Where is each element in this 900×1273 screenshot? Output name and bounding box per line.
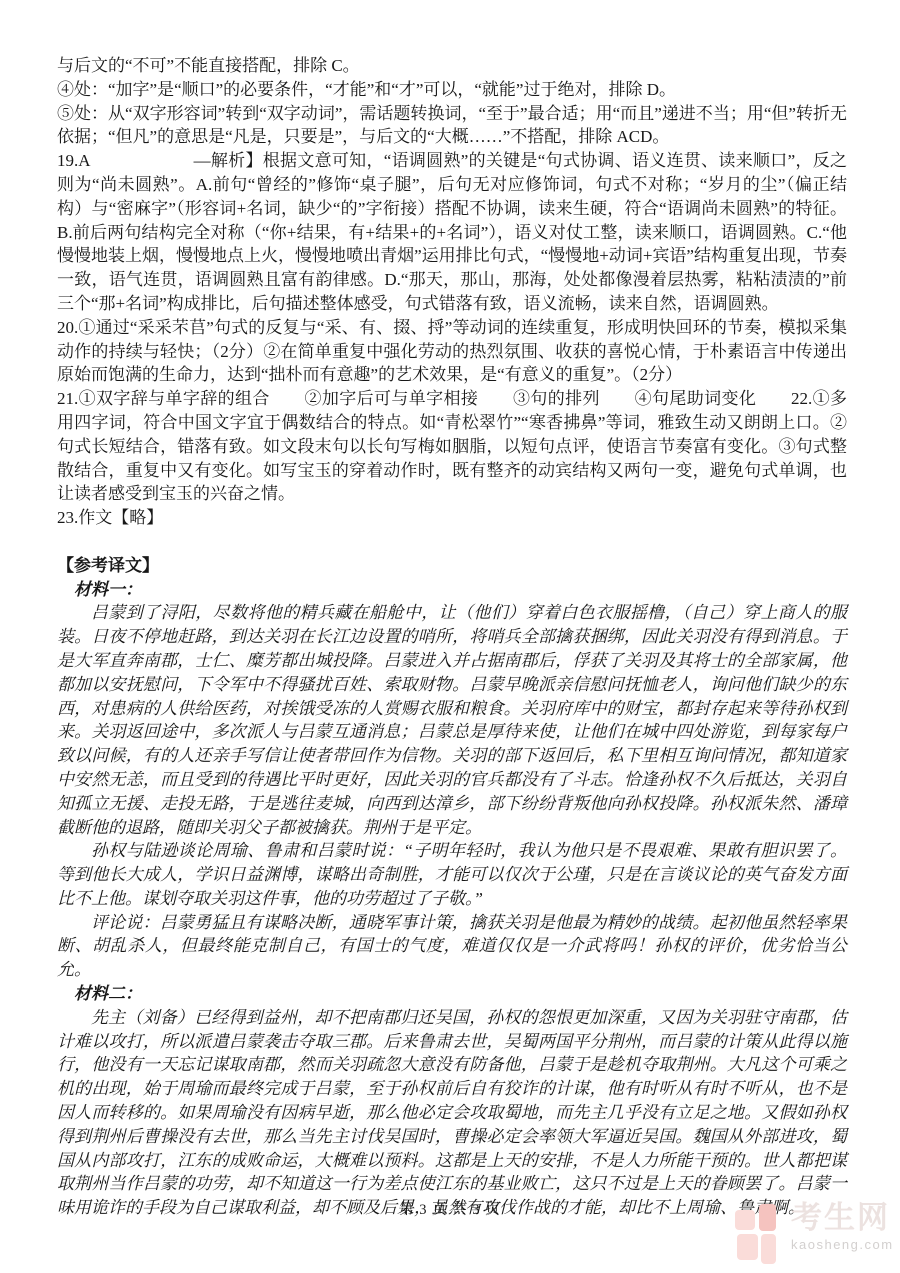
kaosheng-logo-icon: [733, 1202, 785, 1264]
exam-answer-page: { "doc": { "paragraphs": [ "与后文的“不可”不能直接…: [0, 0, 900, 1273]
logo-block-top-left: [735, 1210, 755, 1230]
material-1-heading: 材料一：: [57, 578, 847, 602]
answer-19-analysis: 19.A —解析】根据文意可知，“语调圆熟”的关键是“句式协调、语义连贯、读来顺…: [57, 149, 847, 316]
reference-translation-title: 【参考译文】: [57, 554, 847, 578]
logo-block-bottom-right: [761, 1234, 776, 1264]
answer-point-5: ⑤处：从“双字形容词”转到“双字动词”，需话题转换词，“至于”最合适；用“而且”…: [57, 102, 847, 150]
answer-23-essay: 23.作文【略】: [57, 506, 847, 530]
answer-21-22: 21.①双字辞与单字辞的组合 ②加字后可与单字相接 ③句的排列 ④句尾助词变化 …: [57, 387, 847, 506]
document-body: 与后文的“不可”不能直接搭配，排除 C。 ④处：“加字”是“顺口”的必要条件，“…: [57, 54, 847, 1220]
material-2-paragraph-1: 先主（刘备）已经得到益州，却不把南郡归还吴国，孙权的怨恨更加深重，又因为关羽驻守…: [57, 1006, 847, 1220]
answer-line-continuation: 与后文的“不可”不能直接搭配，排除 C。: [57, 54, 847, 78]
logo-brand-name: 考生网: [791, 1202, 894, 1234]
logo-domain-name: kaosheng.com: [791, 1237, 894, 1253]
kaosheng-watermark-logo: 考生网 kaosheng.com: [733, 1202, 895, 1268]
logo-text-group: 考生网 kaosheng.com: [785, 1202, 894, 1253]
answer-point-4: ④处：“加字”是“顺口”的必要条件，“才能”和“才”可以，“就能”过于绝对，排除…: [57, 78, 847, 102]
answer-20: 20.①通过“采采芣苢”句式的反复与“采、有、掇、捋”等动词的连续重复，形成明快…: [57, 316, 847, 387]
material-1-paragraph-1: 吕蒙到了浔阳，尽数将他的精兵藏在船舱中，让（他们）穿着白色衣服摇橹，（自己）穿上…: [57, 601, 847, 839]
material-2-heading: 材料二：: [57, 982, 847, 1006]
logo-block-bottom-left: [737, 1234, 758, 1260]
logo-block-top-right: [759, 1204, 776, 1231]
material-1-paragraph-2: 孙权与陆逊谈论周瑜、鲁肃和吕蒙时说：“子明年轻时，我认为他只是不畏艰难、果敢有胆…: [57, 839, 847, 910]
material-1-paragraph-3: 评论说：吕蒙勇猛且有谋略决断，通晓军事计策，擒获关羽是他最为精妙的战绩。起初他虽…: [57, 911, 847, 982]
